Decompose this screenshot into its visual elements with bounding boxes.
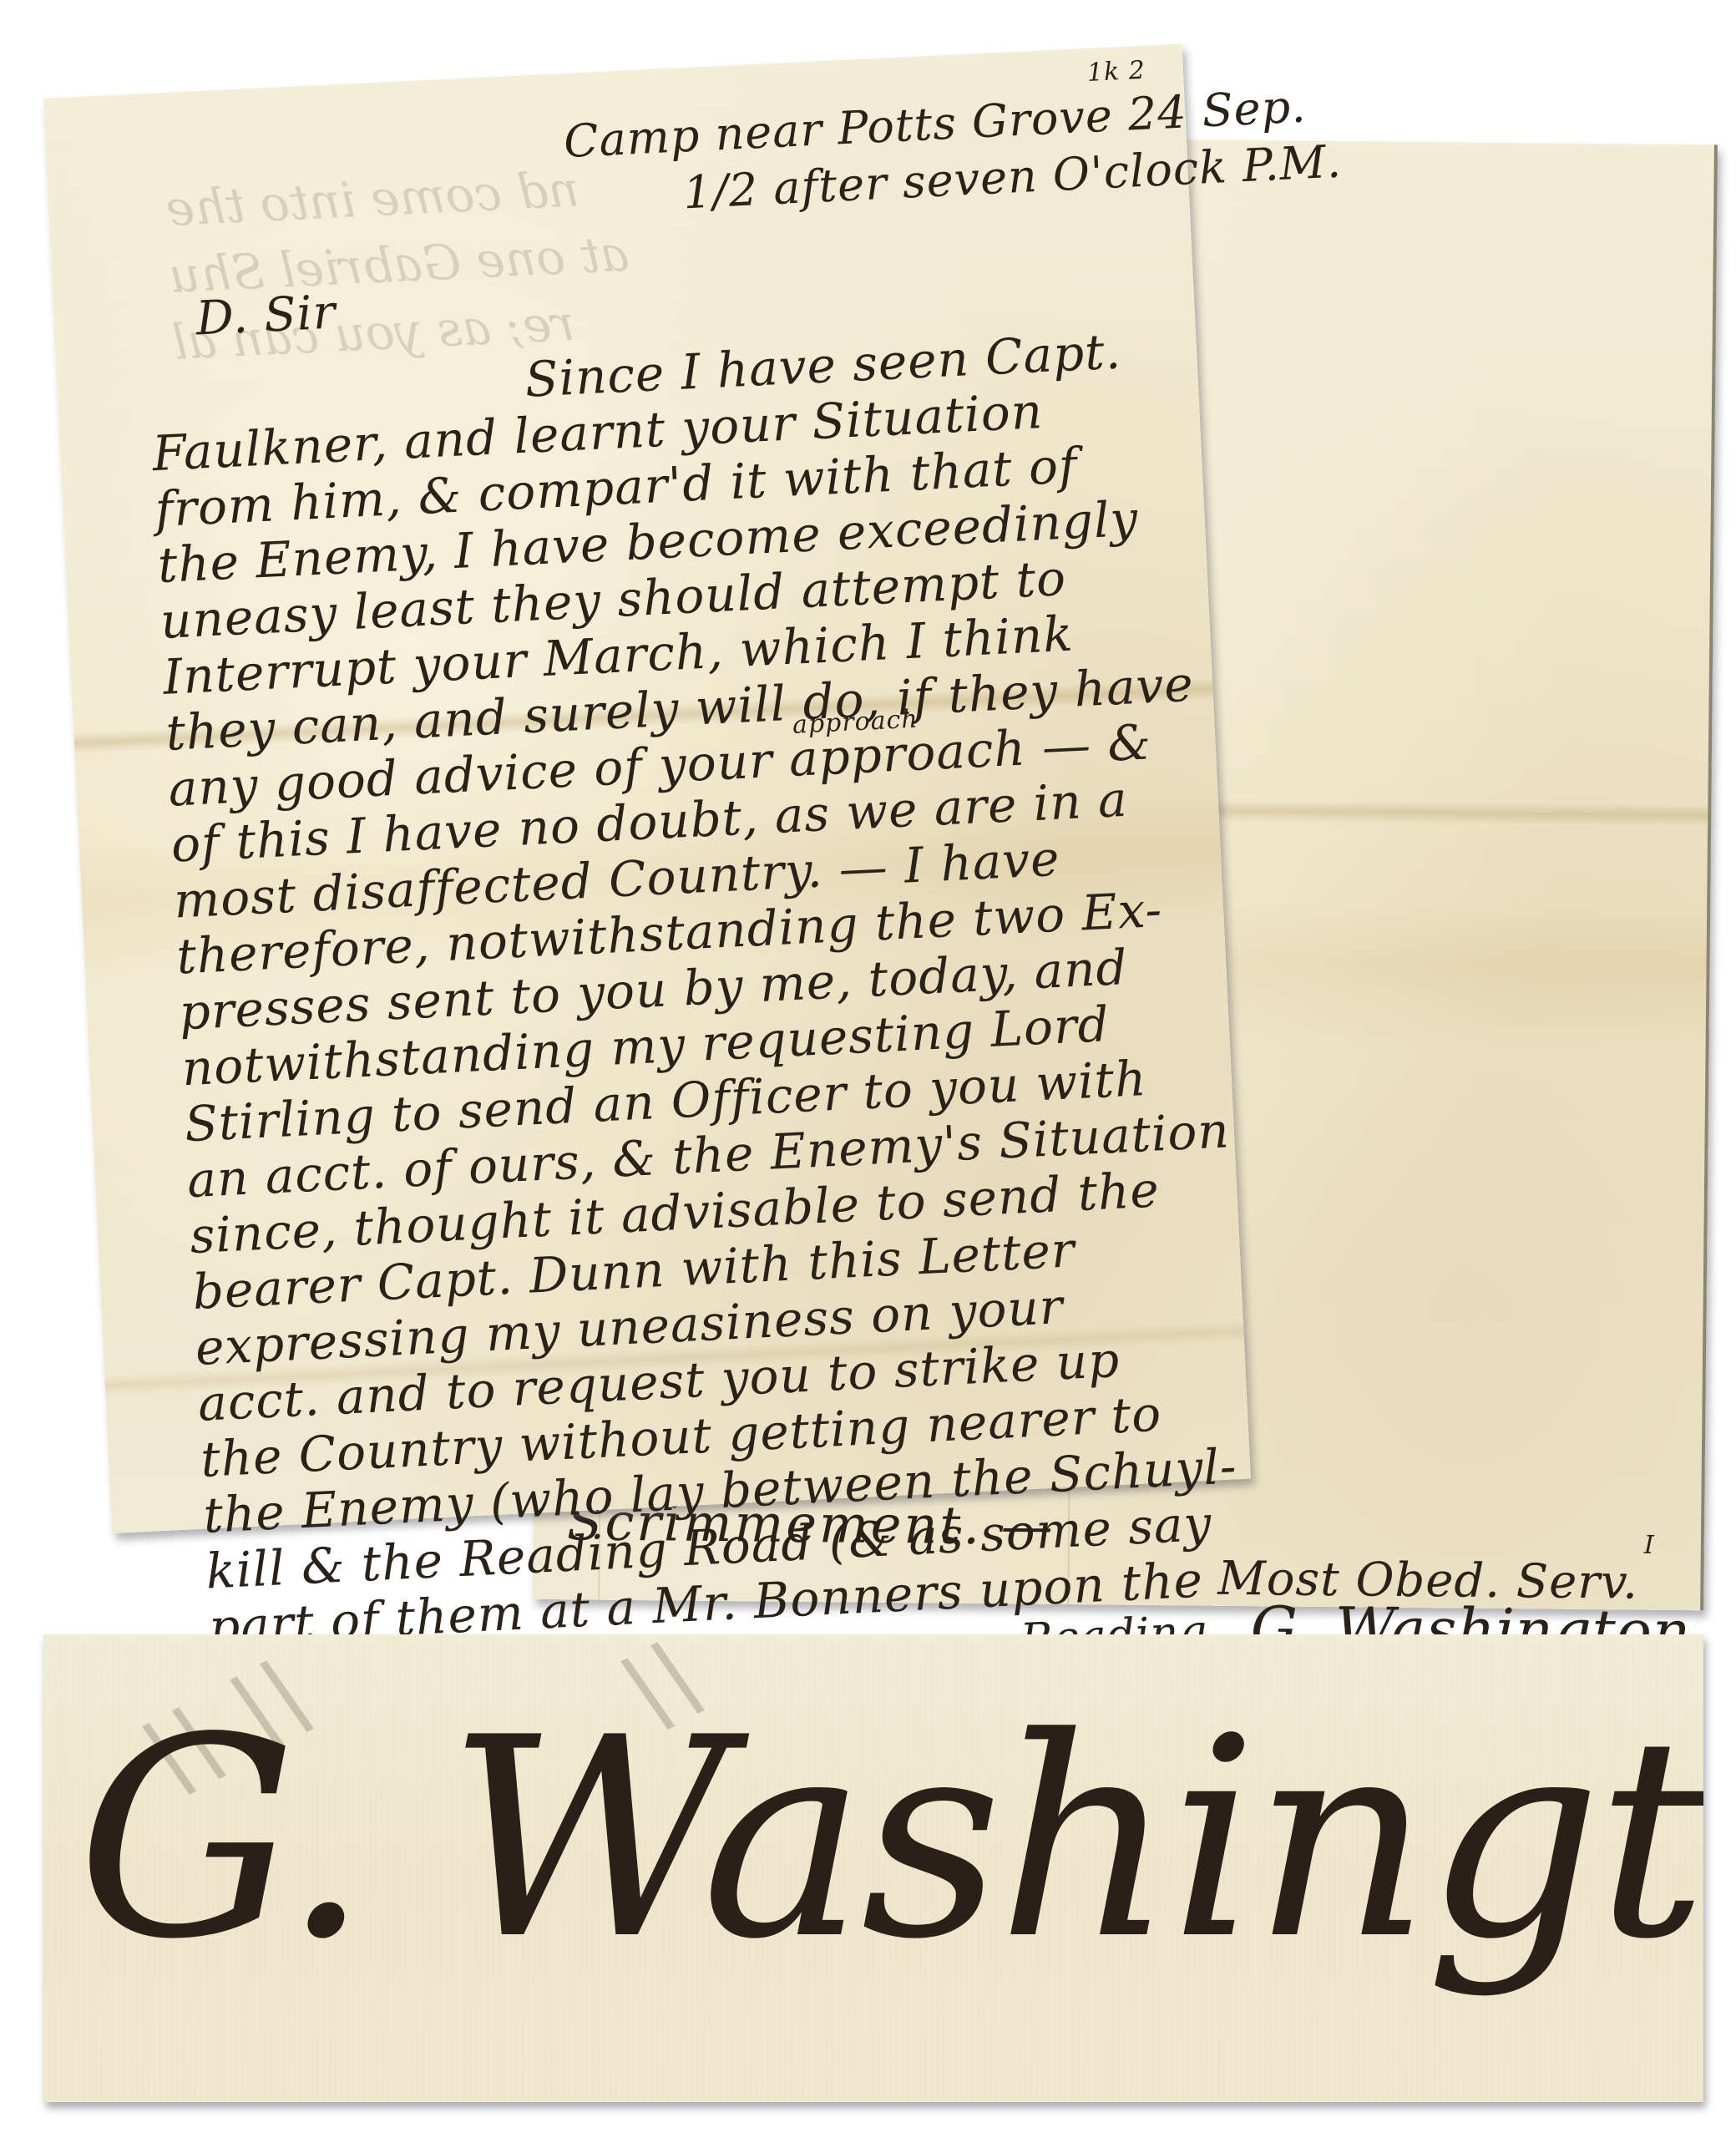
bleed-through-text: nd come into the — [164, 165, 580, 233]
folio-mark: 1k 2 — [1086, 56, 1146, 88]
signature-enlarged: G. Washington — [77, 1701, 1703, 1977]
closing-superscript: I — [1644, 1531, 1655, 1560]
signature-detail-panel: \\ \\ \\ G. Washington — [43, 1634, 1703, 2102]
letter-page-left: nd come into the at one Gabriel Shu re; … — [43, 44, 1251, 1534]
salutation: D. Sir — [195, 286, 337, 347]
